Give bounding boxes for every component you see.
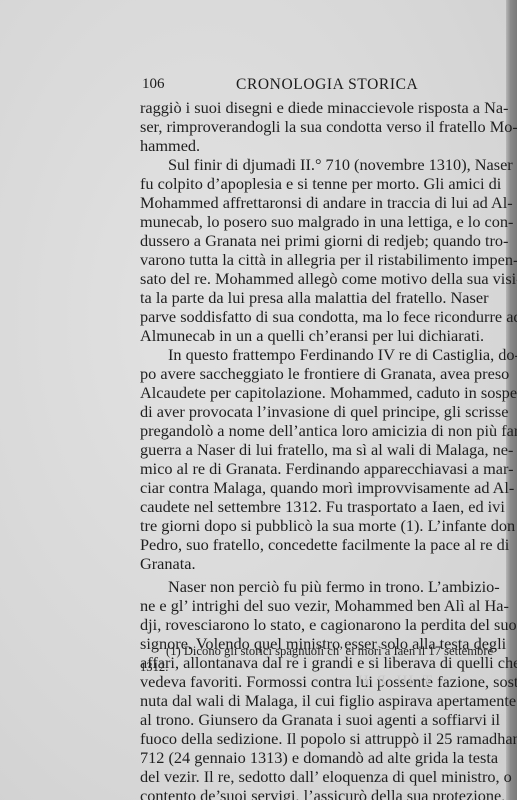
text-line: ser, rimproverandogli la sua condotta ve… [140,117,483,136]
text-line: Mohammed affrettaronsi di andare in trac… [140,193,483,212]
text-line: munecab, lo posero suo malgrado in una l… [140,212,483,231]
text-line: al trono. Giunsero da Granata i suoi age… [140,710,483,729]
running-title: CRONOLOGIA STORICA [236,76,418,94]
text-line: ta la parte da lui presa alla malattia d… [140,288,483,307]
text-line: ne e gl’ intrighi del suo vezir, Mohamme… [140,596,483,615]
text-line: po avere saccheggiato le frontiere di Gr… [140,364,483,383]
text-line: di aver provocata l’invasione di quel pr… [140,402,483,421]
text-line: fu colpito d’apoplesia e si tenne per mo… [140,174,483,193]
text-line: contento de’suoi servigi, l’assicurò del… [140,786,483,800]
text-line: dji, rovesciarono lo stato, e cagionaron… [140,615,483,634]
text-line: guerra a Naser di lui fratello, ma sì al… [140,440,483,459]
text-line: hammed. [140,136,483,155]
text-line: pregandolò a nome dell’antica loro amici… [140,421,483,440]
page-number: 106 [142,76,165,93]
bleed-through-signature: T. III. P. II. [352,673,432,690]
paragraph: raggiò i suoi disegni e diede minaccievo… [140,98,483,155]
text-line: tre giorni dopo si pubblicò la sua morte… [140,516,483,535]
text-line: fuoco della sedizione. Il popolo si attr… [140,729,483,748]
text-line: dussero a Granata nei primi giorni di re… [140,231,483,250]
text-line: raggiò i suoi disegni e diede minaccievo… [140,98,483,117]
page-header: 106 CRONOLOGIA STORICA [140,76,483,96]
text-line: del vezir. Il re, sedotto dall’ eloquenz… [140,767,483,786]
text-line: ciar contra Malaga, quando morì improvvi… [140,478,483,497]
text-line: Alcaudete per capitolazione. Mohammed, c… [140,383,483,402]
text-line: sato del re. Mohammed allegò come motivo… [140,269,483,288]
paragraph: Sul finir di djumadi II.° 710 (novembre … [140,155,483,345]
text-line: Almunecab in un a quelli ch’eransi per l… [140,326,483,345]
text-line: Naser non perciò fu più fermo in trono. … [140,577,483,596]
text-line: mico al re di Granata. Ferdinando appare… [140,459,483,478]
text-line: Pedro, suo fratello, concedette facilmen… [140,535,483,554]
text-line: nuta dal wali di Malaga, il cui figlio a… [140,691,483,710]
body-text: raggiò i suoi disegni e diede minaccievo… [140,98,483,800]
text-line: caudete nel settembre 1312. Fu trasporta… [140,497,483,516]
text-line: Granata. [140,554,483,573]
text-line: Sul finir di djumadi II.° 710 (novembre … [140,155,483,174]
text-line: parve soddisfatto di sua condotta, ma lo… [140,307,483,326]
footnote: (1) Dicono gli storici spagnuoli ch’ ei … [140,643,483,675]
paragraph: In questo frattempo Ferdinando IV re di … [140,345,483,573]
text-line: varono tutta la città in allegria per il… [140,250,483,269]
footnote-line: (1) Dicono gli storici spagnuoli ch’ ei … [140,643,483,659]
text-line: 712 (24 gennaio 1313) e domandò ad alte … [140,748,483,767]
text-line: In questo frattempo Ferdinando IV re di … [140,345,483,364]
